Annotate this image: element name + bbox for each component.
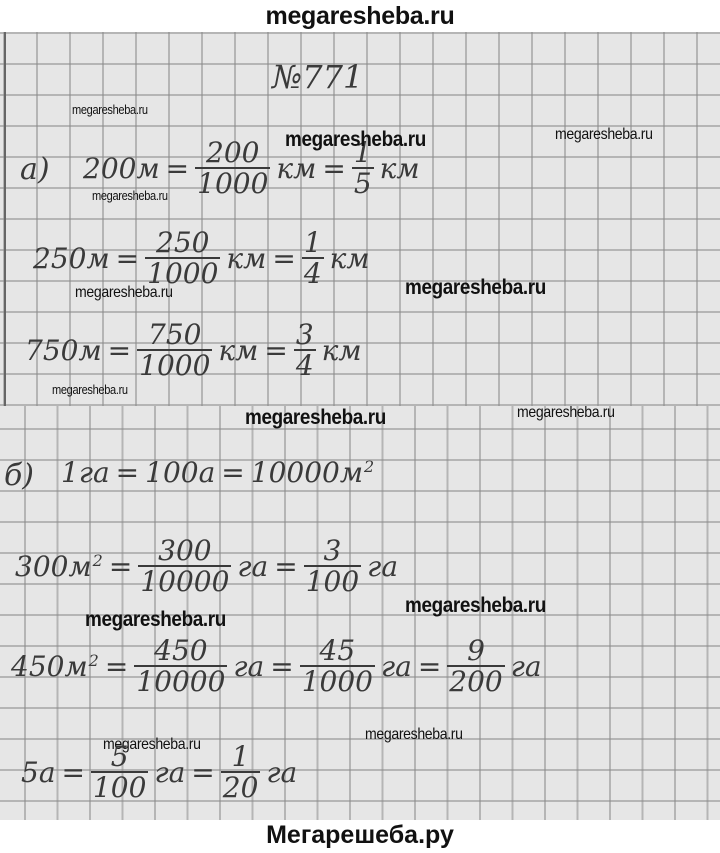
- watermark: megaresheba.ru: [555, 126, 653, 144]
- problem-number: №771: [272, 58, 363, 96]
- lhs: 300м2: [15, 550, 103, 583]
- watermark: megaresheba.ru: [365, 726, 463, 744]
- equals-sign: =: [191, 756, 214, 789]
- fraction: 1 20: [221, 742, 261, 803]
- watermark: megaresheba.ru: [245, 406, 386, 430]
- equals-sign: =: [270, 650, 293, 683]
- lhs: 5а: [21, 756, 56, 789]
- lhs: 750м: [25, 334, 102, 367]
- unit: км: [322, 334, 362, 367]
- notebook-page-top: №771 а) 200м = 200 1000 км = 1 5 км 250м…: [0, 32, 720, 406]
- part-b-label: б): [4, 458, 34, 493]
- unit: км: [218, 334, 258, 367]
- fraction: 3 4: [294, 320, 316, 381]
- lhs: 450м2: [11, 650, 99, 683]
- watermark: megaresheba.ru: [405, 276, 546, 300]
- watermark: megaresheba.ru: [72, 102, 148, 117]
- equation-row: 5а = 5 100 га = 1 20 га: [18, 742, 300, 803]
- fraction: 200 1000: [195, 138, 270, 199]
- watermark: megaresheba.ru: [85, 608, 226, 632]
- equals-sign: =: [105, 650, 128, 683]
- lhs: 1га: [61, 456, 110, 489]
- watermark: megaresheba.ru: [517, 406, 615, 422]
- unit: га: [154, 756, 185, 789]
- equals-sign: =: [274, 550, 297, 583]
- unit: га: [266, 756, 297, 789]
- equals-sign: =: [166, 152, 189, 185]
- fraction: 5 100: [91, 742, 148, 803]
- fraction: 1 4: [302, 228, 324, 289]
- lhs: 200м: [83, 152, 160, 185]
- fraction: 300 10000: [138, 536, 231, 597]
- unit: га: [237, 550, 268, 583]
- rhs: 10000м2: [251, 456, 374, 489]
- equation-row: 1га = 100а = 10000м2: [58, 456, 377, 489]
- equals-sign: =: [272, 242, 295, 275]
- equation-row: 450м2 = 450 10000 га = 45 1000 га = 9 20…: [8, 636, 545, 697]
- equals-sign: =: [322, 152, 345, 185]
- equation-row: 300м2 = 300 10000 га = 3 100 га: [12, 536, 401, 597]
- watermark: megaresheba.ru: [285, 128, 426, 152]
- equation-row: 750м = 750 1000 км = 3 4 км: [22, 320, 365, 381]
- equals-sign: =: [109, 550, 132, 583]
- watermark: megaresheba.ru: [92, 188, 168, 203]
- site-footer[interactable]: Мегарешеба.ру: [0, 818, 720, 853]
- equals-sign: =: [221, 456, 244, 489]
- fraction: 250 1000: [145, 228, 220, 289]
- middle-term: 100а: [145, 456, 215, 489]
- fraction: 450 10000: [134, 636, 227, 697]
- unit: га: [511, 650, 542, 683]
- lhs: 250м: [33, 242, 110, 275]
- unit: км: [226, 242, 266, 275]
- unit: км: [380, 152, 420, 185]
- unit: км: [276, 152, 316, 185]
- notebook-page-bottom: megaresheba.ru megaresheba.ru б) 1га = 1…: [0, 406, 720, 820]
- unit: км: [330, 242, 370, 275]
- equals-sign: =: [264, 334, 287, 367]
- fraction: 3 100: [304, 536, 361, 597]
- watermark: megaresheba.ru: [405, 594, 546, 618]
- equals-sign: =: [116, 456, 139, 489]
- site-header[interactable]: megaresheba.ru: [0, 0, 720, 32]
- equals-sign: =: [62, 756, 85, 789]
- watermark: megaresheba.ru: [75, 284, 173, 302]
- equals-sign: =: [116, 242, 139, 275]
- equation-row: 250м = 250 1000 км = 1 4 км: [30, 228, 373, 289]
- unit: га: [367, 550, 398, 583]
- fraction: 45 1000: [300, 636, 375, 697]
- fraction: 9 200: [447, 636, 504, 697]
- unit: га: [233, 650, 264, 683]
- unit: га: [381, 650, 412, 683]
- equals-sign: =: [418, 650, 441, 683]
- part-a-label: а): [20, 152, 50, 187]
- watermark: megaresheba.ru: [52, 382, 128, 397]
- fraction: 750 1000: [137, 320, 212, 381]
- equals-sign: =: [108, 334, 131, 367]
